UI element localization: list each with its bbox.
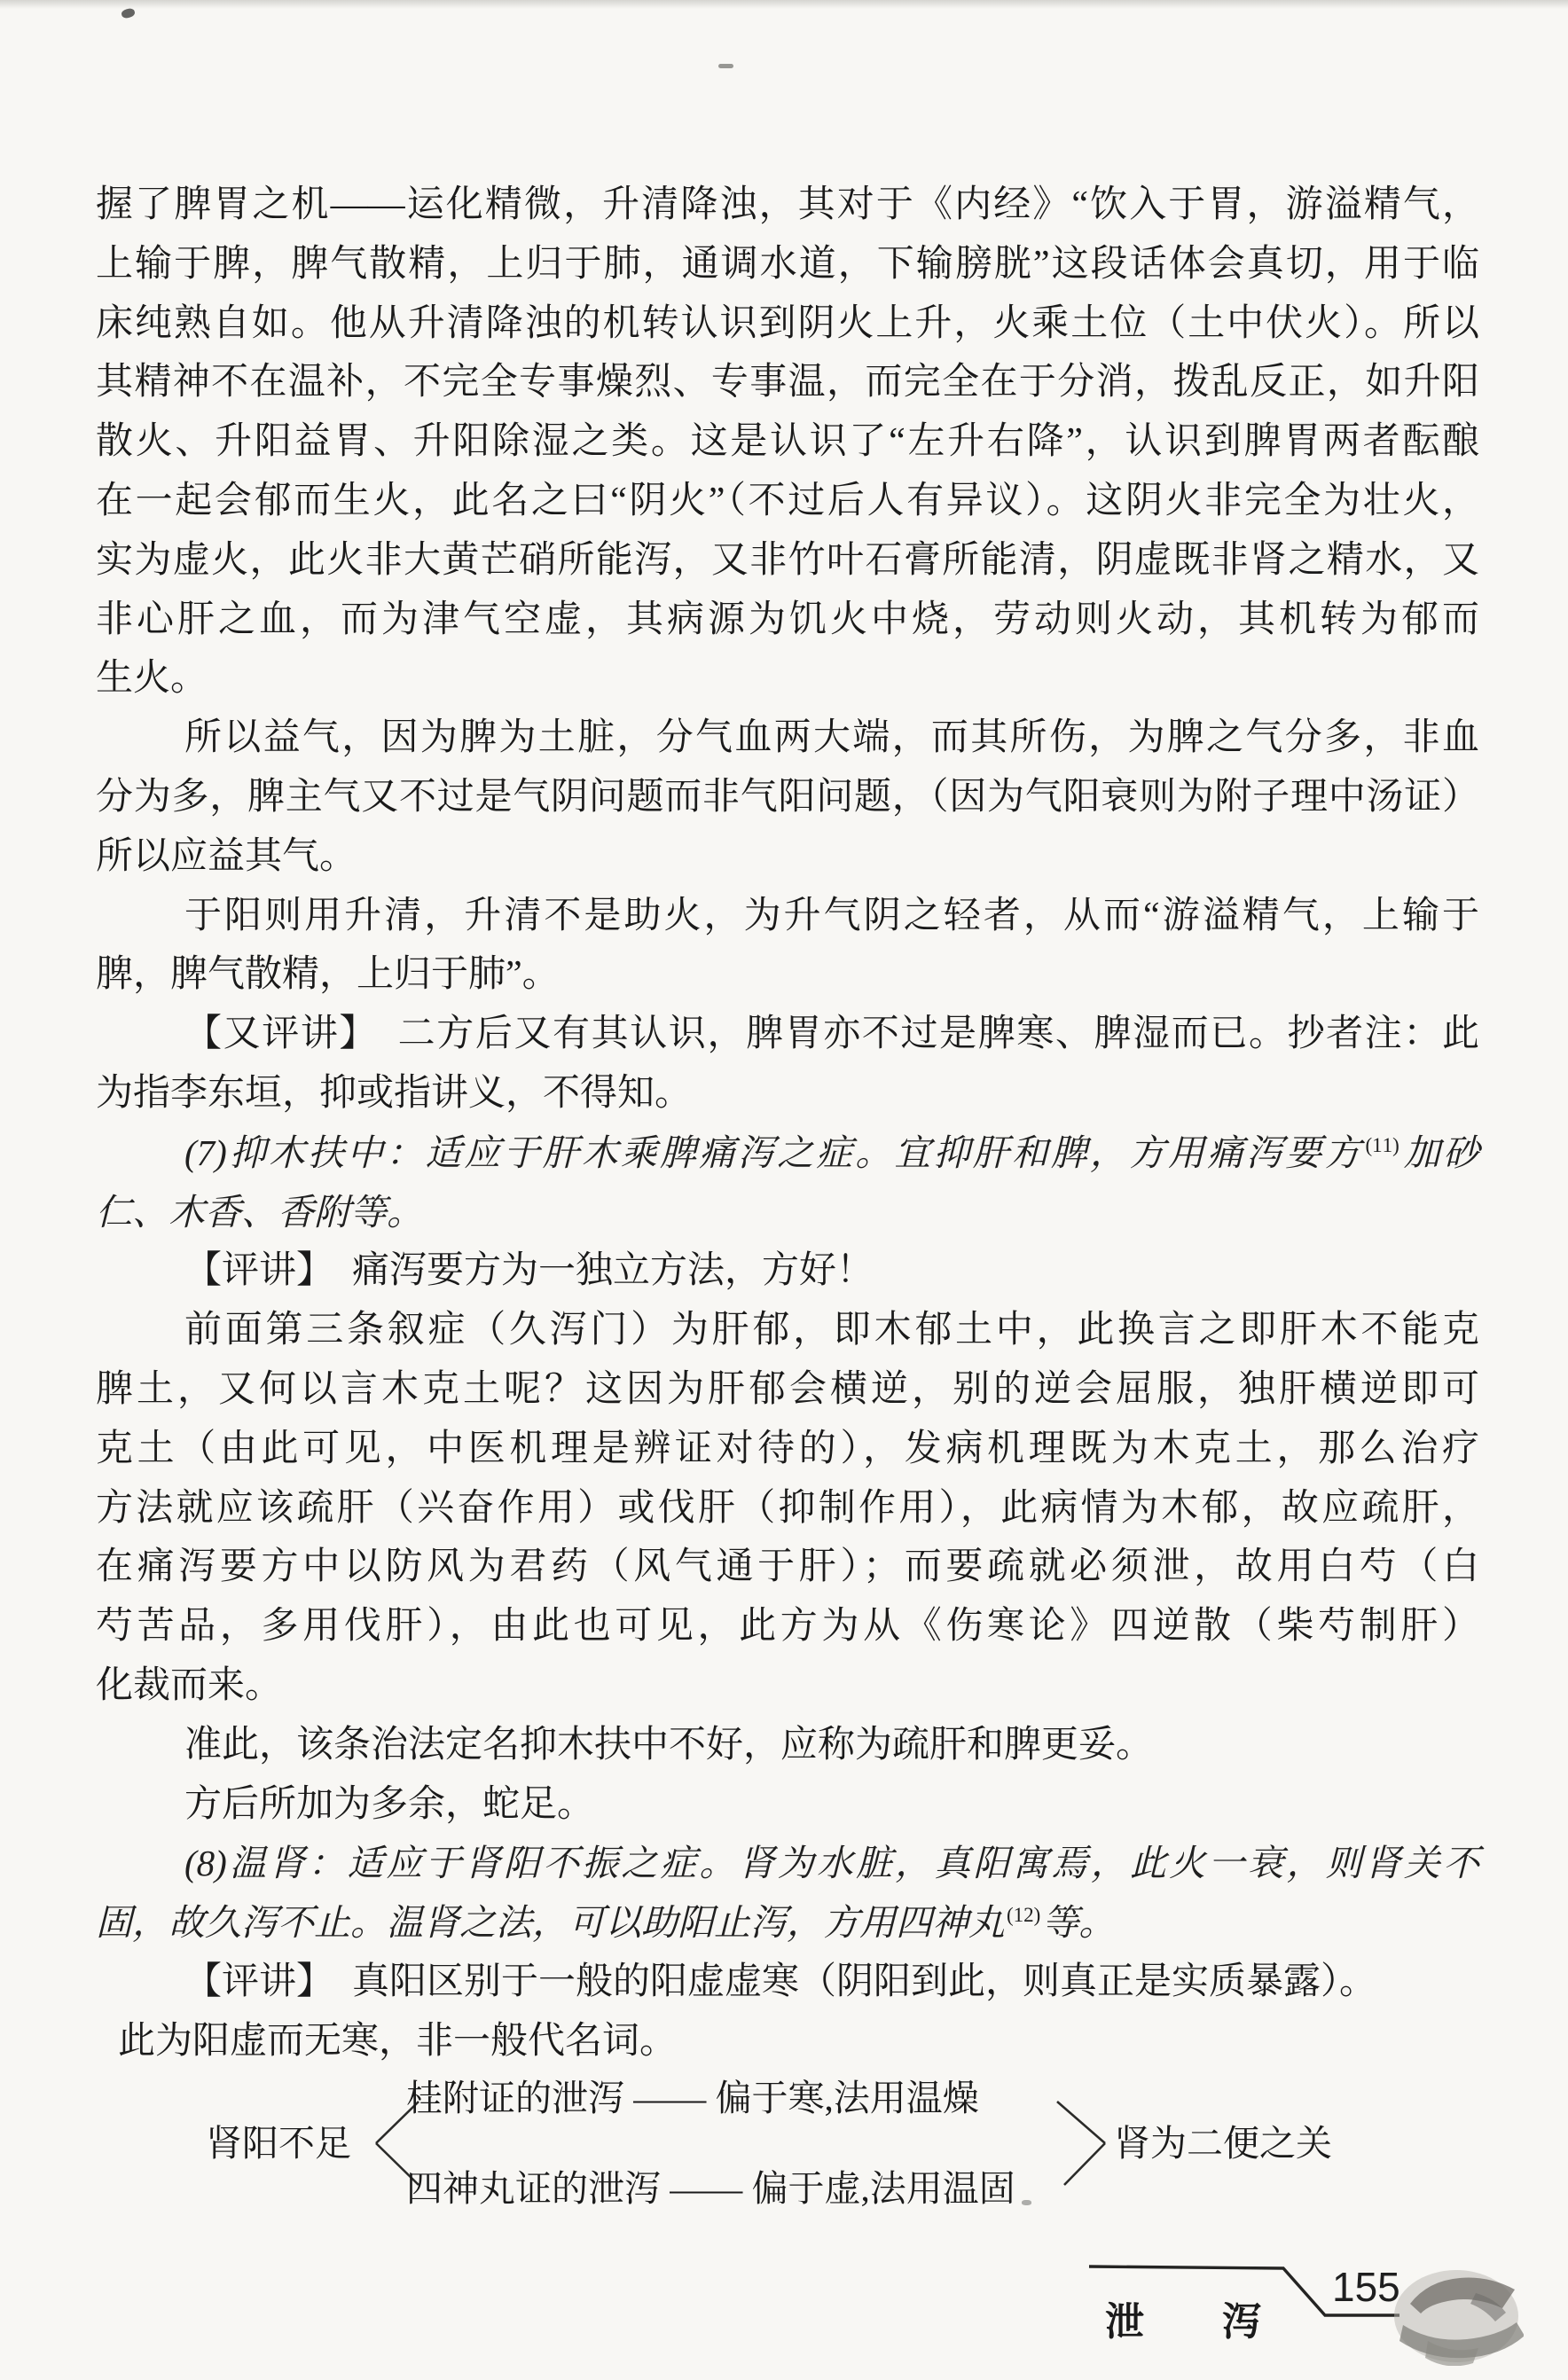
diagram-result-label: 肾为二便之关 [1114, 2125, 1332, 2162]
library-seal-stamp [1391, 2266, 1524, 2366]
text-line: 上输于脾，脾气散精，上归于肺，通调水道，下输膀胱”这段话体会真切，用于临 [96, 235, 1479, 294]
kidney-yang-diagram: 肾阳不足 桂附证的泄泻 —— 偏于寒,法用温燥 四神丸证的泄泻 —— 偏于虚,法… [0, 2075, 1568, 2226]
text-line: 芍苦品，多用伐肝），由此也可见，此方为从《伤寒论》四逆散（柴芍制肝） [96, 1597, 1479, 1656]
footnote-ref: (12) [1005, 1904, 1042, 1926]
text-line: 【评讲】 痛泻要方为一独立方法，方好！ [96, 1241, 1479, 1301]
text-line: 为指李东垣，抑或指讲义，不得知。 [96, 1064, 1479, 1123]
text-line: 床纯熟自如。他从升清降浊的机转认识到阴火上升，火乘土位（土中伏火）。所以 [96, 294, 1479, 354]
text-line: 分为多，脾主气又不过是气阴问题而非气阳问题，（因为气阳衰则为附子理中汤证） [96, 768, 1479, 827]
text-line: (7)抑木扶中：适应于肝木乘脾痛泻之症。宜抑肝和脾，方用痛泻要方(11)加砂 [96, 1123, 1479, 1183]
text-line: 脾土，又何以言木克土呢？这因为肝郁会横逆，别的逆会屈服，独肝横逆即可 [96, 1360, 1479, 1420]
text-line: 非心肝之血，而为津气空虚，其病源为饥火中烧，劳动则火动，其机转为郁而 [96, 591, 1479, 650]
scan-speck [718, 64, 733, 68]
text-line: 方后所加为多余，蛇足。 [96, 1775, 1479, 1835]
text-line: 在一起会郁而生火，此名之曰“阴火”（不过后人有异议）。这阴火非完全为壮火， [96, 472, 1479, 531]
scan-speck [1022, 2200, 1031, 2205]
text-line: 仁、木香、香附等。 [96, 1183, 1479, 1242]
text-line: 【评讲】 真阳区别于一般的阳虚虚寒（阴阳到此，则真正是实质暴露）。 [96, 1953, 1479, 2012]
text-line: 克土（由此可见，中医机理是辨证对待的），发病机理既为木克土，那么治疗 [96, 1420, 1479, 1479]
text-line: 实为虚火，此火非大黄芒硝所能泻，又非竹叶石膏所能清，阴虚既非肾之精水，又 [96, 531, 1479, 591]
text-line: 此为阳虚而无寒，非一般代名词。 [96, 2012, 1479, 2071]
text-line: 于阳则用升清，升清不是助火，为升气阴之轻者，从而“游溢精气，上输于 [96, 887, 1479, 946]
text-block: 握了脾胃之机——运化精微，升清降浊，其对于《内经》“饮入于胃，游溢精气，上输于脾… [96, 176, 1479, 2071]
scan-edge-shadow [0, 0, 1568, 9]
text-line: 前面第三条叙症（久泻门）为肝郁，即木郁土中，此换言之即肝木不能克 [96, 1301, 1479, 1360]
text-line: 化裁而来。 [96, 1656, 1479, 1716]
text-line: 【又评讲】 二方后又有其认识，脾胃亦不过是脾寒、脾湿而已。抄者注：此 [96, 1005, 1479, 1064]
text-line: (8)温肾：适应于肾阳不振之症。肾为水脏，真阳寓焉，此火一衰，则肾关不 [96, 1834, 1479, 1893]
diagram-root-label: 肾阳不足 [206, 2125, 351, 2162]
text-line: 在痛泻要方中以防风为君药（风气通于肝）；而要疏就必须泄，故用白芍（白 [96, 1538, 1479, 1597]
text-line: 方法就应该疏肝（兴奋作用）或伐肝（抑制作用），此病情为木郁，故应疏肝， [96, 1479, 1479, 1538]
text-line: 固，故久泻不止。温肾之法，可以助阳止泻，方用四神丸(12)等。 [96, 1893, 1479, 1953]
footnote-ref: (11) [1363, 1134, 1400, 1156]
text-line: 握了脾胃之机——运化精微，升清降浊，其对于《内经》“饮入于胃，游溢精气， [96, 176, 1479, 235]
book-page: 握了脾胃之机——运化精微，升清降浊，其对于《内经》“饮入于胃，游溢精气，上输于脾… [0, 0, 1568, 2380]
scan-speck [121, 7, 136, 19]
text-line: 脾，脾气散精，上归于肺”。 [96, 945, 1479, 1005]
text-line: 所以益气，因为脾为土脏，分气血两大端，而其所伤，为脾之气分多，非血 [96, 709, 1479, 768]
text-line: 散火、升阳益胃、升阳除湿之类。这是认识了“左升右降”，认识到脾胃两者酝酿 [96, 412, 1479, 472]
text-line: 所以应益其气。 [96, 827, 1479, 887]
text-line: 准此，该条治法定名抑木扶中不好，应称为疏肝和脾更妥。 [96, 1716, 1479, 1775]
diagram-branch-bottom: 四神丸证的泄泻 —— 偏于虚,法用温固 [406, 2170, 1015, 2207]
chapter-title: 泄 泻 [1105, 2290, 1261, 2346]
diagram-branch-top: 桂附证的泄泻 —— 偏于寒,法用温燥 [406, 2079, 979, 2117]
text-line: 生火。 [96, 649, 1479, 709]
text-line: 其精神不在温补，不完全专事燥烈、专事温，而完全在于分消，拨乱反正，如升阳 [96, 353, 1479, 412]
